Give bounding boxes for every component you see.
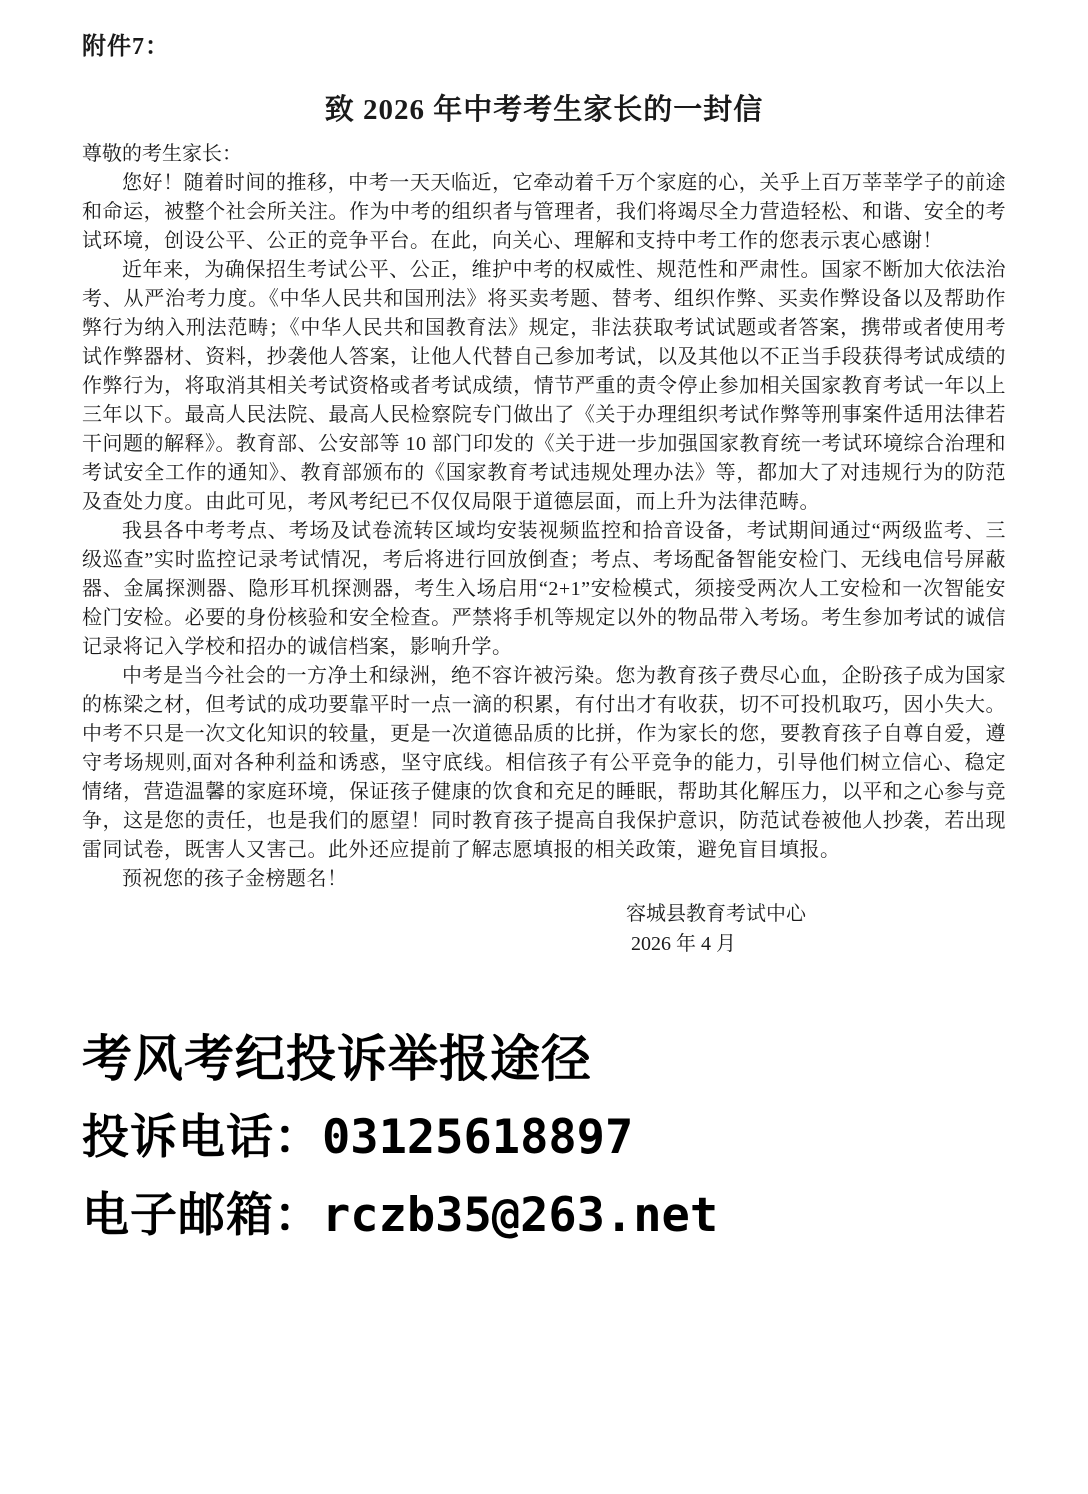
letter-page: 附件7： 致 2026 年中考考生家长的一封信 尊敬的考生家长： 您好！随着时间… bbox=[0, 0, 1088, 1494]
paragraph-advice: 中考是当今社会的一方净土和绿洲，绝不容许被污染。您为教育孩子费尽心血，企盼孩子成… bbox=[82, 662, 1006, 865]
salutation: 尊敬的考生家长： bbox=[82, 140, 1006, 169]
paragraph-security: 我县各中考考点、考场及试卷流转区域均安装视频监控和拾音设备，考试期间通过“两级监… bbox=[82, 517, 1006, 662]
attachment-label: 附件7： bbox=[82, 26, 1006, 61]
signature-org: 容城县教育考试中心 bbox=[82, 899, 1006, 929]
report-phone-line: 投诉电话：03125618897 bbox=[82, 1111, 1006, 1165]
phone-label: 投诉电话： bbox=[82, 1110, 322, 1163]
email-label: 电子邮箱： bbox=[82, 1188, 322, 1241]
report-section: 考风考纪投诉举报途径 投诉电话：03125618897 电子邮箱：rczb35@… bbox=[82, 1031, 1006, 1242]
report-email-line: 电子邮箱：rczb35@263.net bbox=[82, 1189, 1006, 1243]
paragraph-legal: 近年来，为确保招生考试公平、公正，维护中考的权威性、规范性和严肃性。国家不断加大… bbox=[82, 256, 1006, 517]
email-address: rczb35@263.net bbox=[322, 1188, 718, 1243]
paragraph-wish: 预祝您的孩子金榜题名！ bbox=[82, 865, 1006, 894]
signature-date: 2026 年 4 月 bbox=[82, 929, 1006, 959]
phone-number: 03125618897 bbox=[322, 1110, 633, 1165]
signature-block: 容城县教育考试中心 2026 年 4 月 bbox=[82, 899, 1006, 959]
paragraph-greeting: 您好！随着时间的推移，中考一天天临近，它牵动着千万个家庭的心，关乎上百万莘莘学子… bbox=[82, 169, 1006, 256]
report-heading: 考风考纪投诉举报途径 bbox=[82, 1031, 1006, 1087]
letter-title: 致 2026 年中考考生家长的一封信 bbox=[82, 87, 1006, 128]
